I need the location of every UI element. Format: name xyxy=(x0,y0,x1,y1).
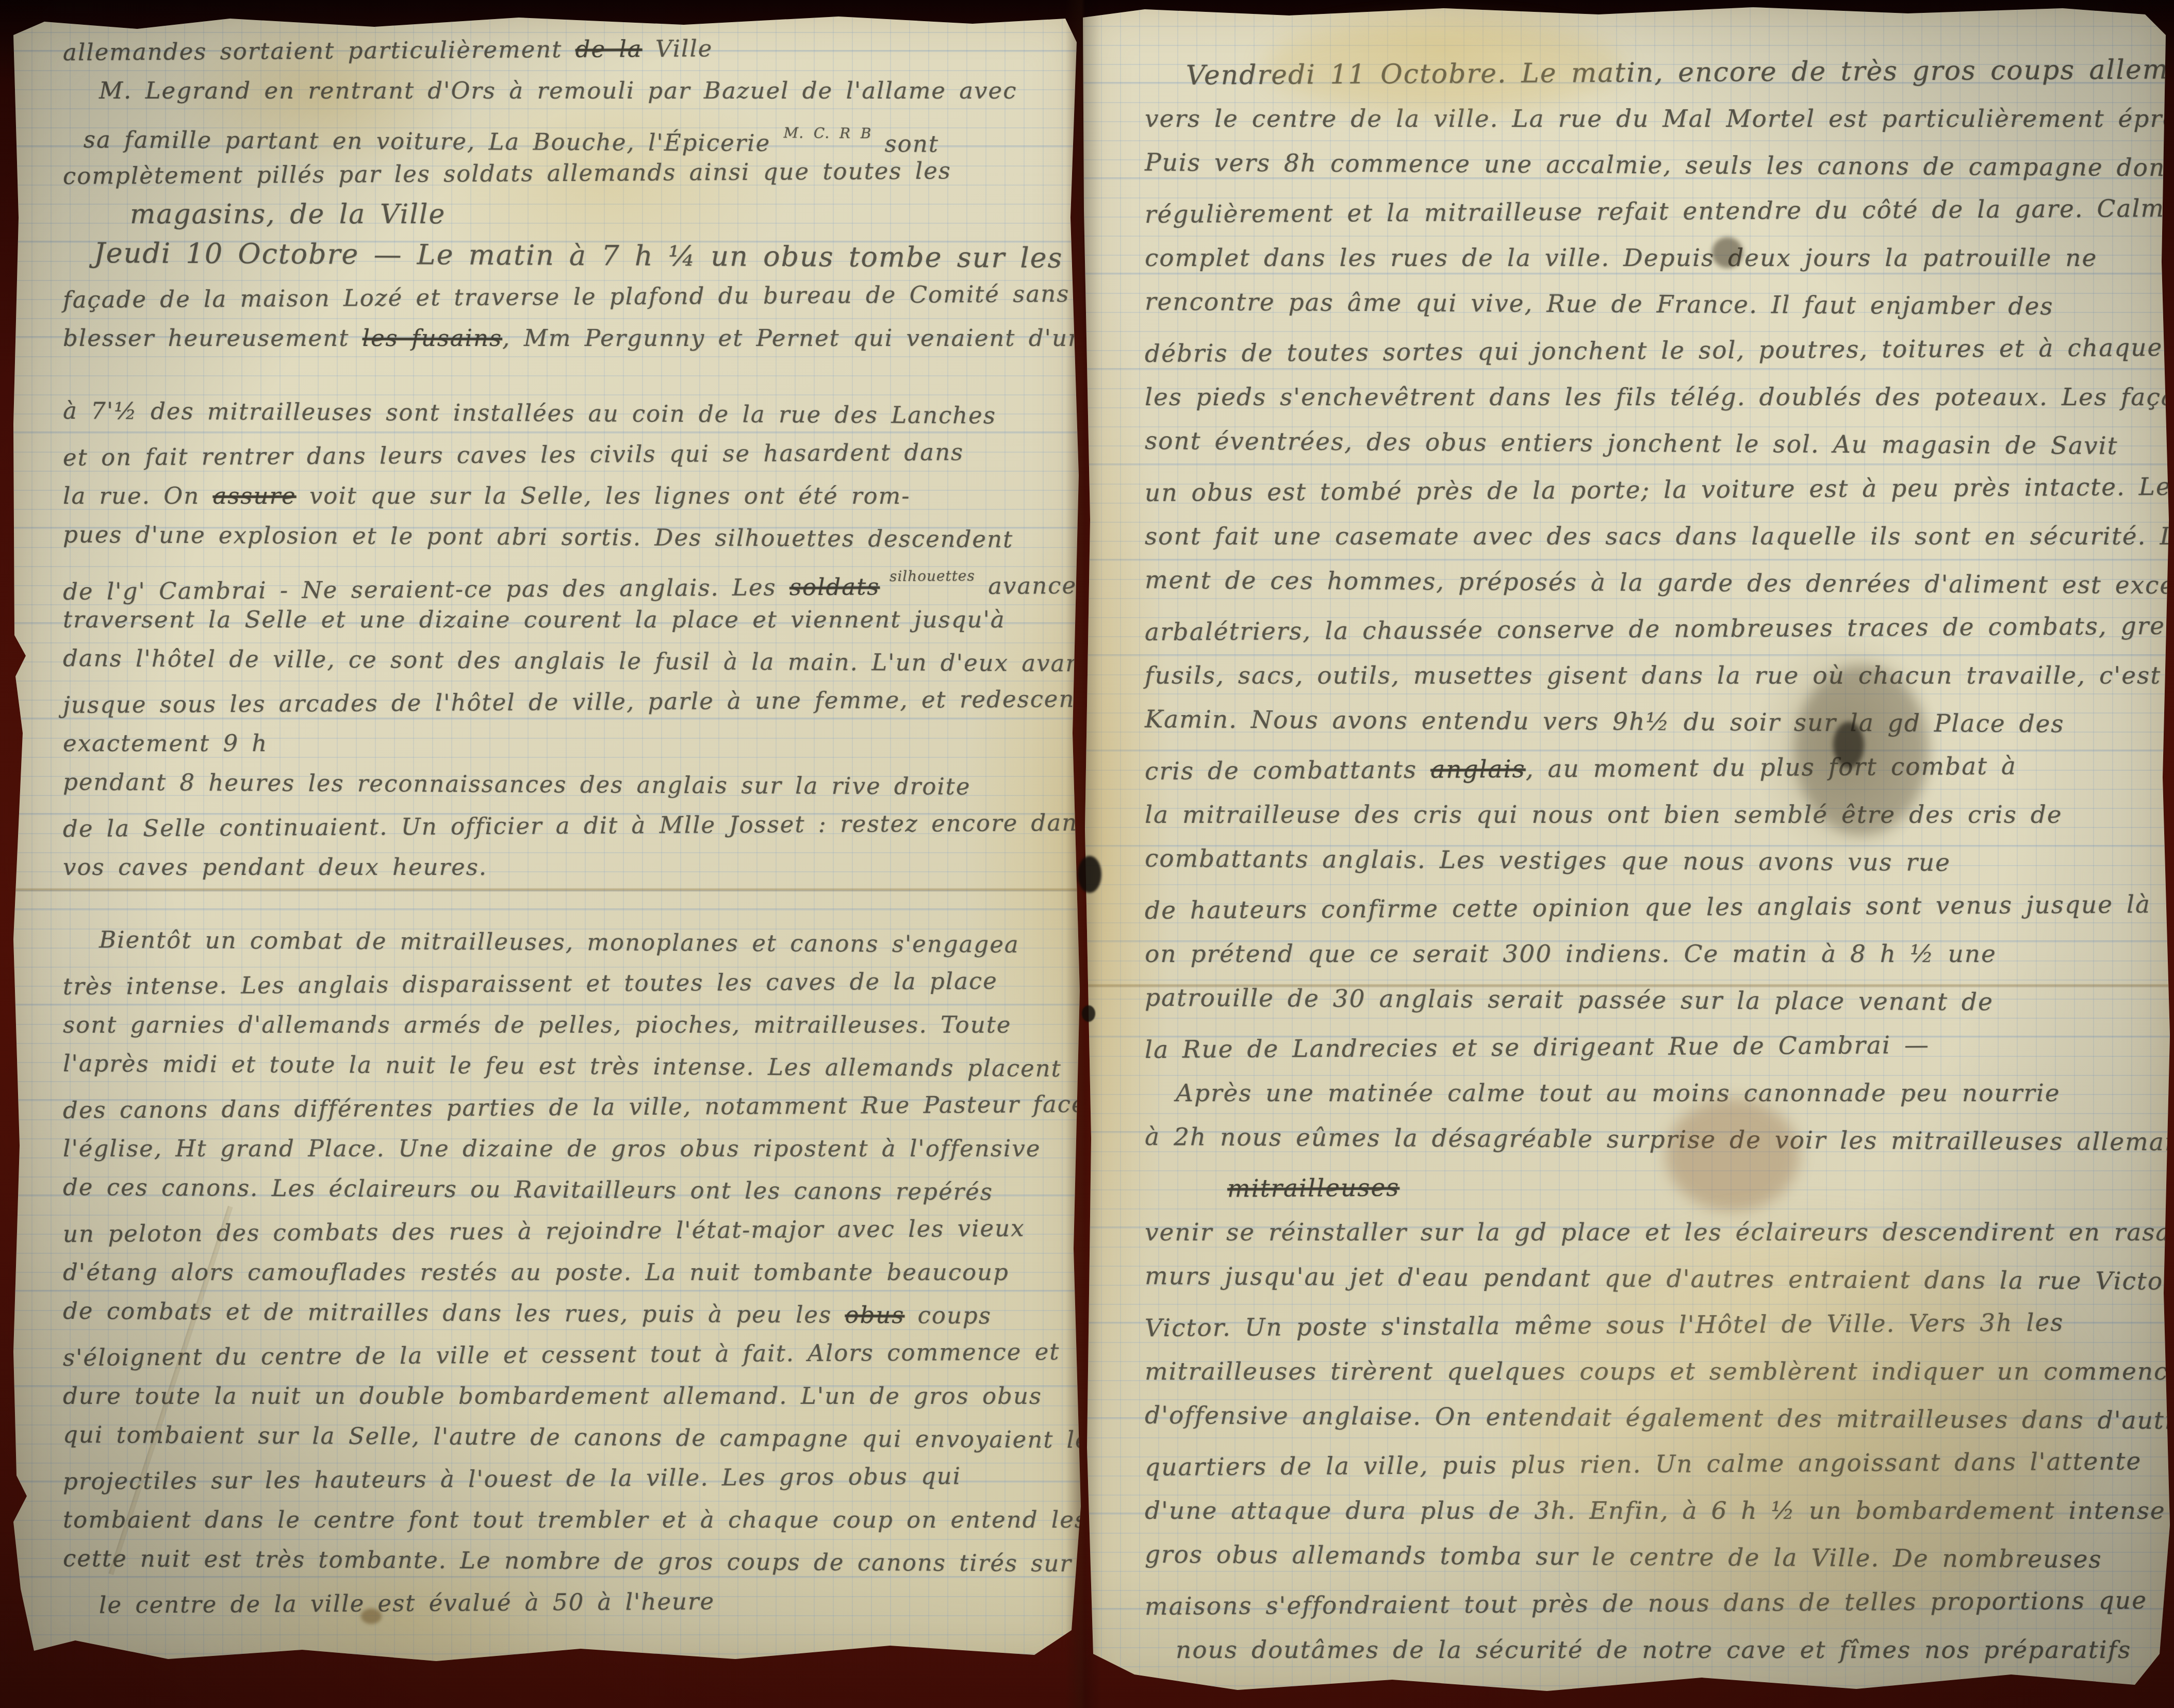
text-run: la rue. On xyxy=(63,482,212,509)
handwritten-line: traversent la Selle et une dizaine coure… xyxy=(63,599,1065,640)
handwritten-line: patrouille de 30 anglais serait passée s… xyxy=(1145,975,2154,1026)
text-run: patrouille de 30 anglais serait passée s… xyxy=(1145,984,1994,1017)
handwritten-line: allemandes sortaient particulièrement de… xyxy=(63,26,1065,73)
text-run: traversent la Selle et une dizaine coure… xyxy=(63,606,1006,633)
handwritten-line: les pieds s'enchevêtrent dans les fils t… xyxy=(1145,374,2154,421)
handwritten-line: venir se réinstaller sur la gd place et … xyxy=(1145,1209,2154,1256)
handwritten-line: l'après midi et toute la nuit le feu est… xyxy=(63,1043,1065,1089)
text-run: voit que sur la Selle, les lignes ont ét… xyxy=(297,482,911,509)
handwritten-line: l'église, Ht grand Place. Une dizaine de… xyxy=(63,1128,1065,1169)
text-run: les pieds s'enchevêtrent dans les fils t… xyxy=(1145,383,2170,411)
text-run: blesser heureusement xyxy=(63,324,363,352)
text-run: rencontre pas âme qui vive, Rue de Franc… xyxy=(1145,288,2054,321)
handwritten-line: un peloton des combats des rues à rejoin… xyxy=(63,1207,1065,1255)
handwritten-line: magasins, de la Ville xyxy=(130,194,1065,235)
handwritten-line: la mitrailleuse des cris qui nous ont bi… xyxy=(1145,792,2154,838)
handwritten-line: jusque sous les arcades de l'hôtel de vi… xyxy=(63,678,1065,726)
handwritten-line: Jeudi 10 Octobre — Le matin à 7 h ¼ un o… xyxy=(94,233,1065,279)
handwritten-line: Puis vers 8h commence une accalmie, seul… xyxy=(1145,140,2154,191)
text-run: coups xyxy=(904,1301,992,1329)
right-page: Vendredi 11 Octobre. Le matin, encore de… xyxy=(1083,4,2170,1704)
text-run: de ces canons. Les éclaireurs ou Ravitai… xyxy=(63,1173,993,1205)
text-run: vos caves pendant deux heures. xyxy=(63,853,487,881)
text-run: arbalétriers, la chaussée conserve de no… xyxy=(1145,611,2170,646)
text-run: débris de toutes sortes qui jonchent le … xyxy=(1145,333,2170,368)
handwritten-line: sont garnies d'allemands armés de pelles… xyxy=(63,1004,1065,1046)
text-run: qui tombaient sur la Selle, l'autre de c… xyxy=(63,1421,1081,1454)
handwritten-line: cette nuit est très tombante. Le nombre … xyxy=(63,1538,1065,1584)
text-run: , Mm Pergunny et Pernet qui venaient d'u… xyxy=(502,324,1081,352)
handwritten-line: exactement 9 h xyxy=(63,723,1065,764)
handwritten-line: cris de combattants anglais, au moment d… xyxy=(1145,742,2155,795)
text-run: ment de ces hommes, préposés à la garde … xyxy=(1145,566,2170,601)
handwritten-line: tombaient dans le centre font tout tremb… xyxy=(63,1499,1065,1540)
text-run: avancent xyxy=(975,572,1081,600)
text-run: un peloton des combats des rues à rejoin… xyxy=(63,1215,1025,1248)
text-run: un obus est tombé près de la porte; la v… xyxy=(1145,472,2170,507)
handwritten-line: dans l'hôtel de ville, ce sont des angla… xyxy=(63,638,1065,684)
text-run: les fusains xyxy=(363,324,502,352)
handwritten-line: très intense. Les anglais disparaissent … xyxy=(63,960,1065,1007)
text-run: allemandes sortaient particulièrement xyxy=(63,36,575,66)
text-run: silhouettes xyxy=(880,567,975,585)
text-run: obus xyxy=(845,1301,904,1329)
handwritten-line: et on fait rentrer dans leurs caves les … xyxy=(63,431,1065,478)
handwritten-line: des canons dans différentes parties de l… xyxy=(63,1084,1065,1131)
handwritten-line: nous doutâmes de la sécurité de notre ca… xyxy=(1176,1627,2154,1673)
handwritten-line: de l'g' Cambrai - Ne seraient-ce pas des… xyxy=(63,555,1065,602)
text-run: l'après midi et toute la nuit le feu est… xyxy=(63,1050,1062,1082)
handwritten-line: Kamin. Nous avons entendu vers 9h½ du so… xyxy=(1145,697,2154,748)
diary-scan: allemandes sortaient particulièrement de… xyxy=(0,0,2174,1708)
handwritten-line: pendant 8 heures les reconnaissances des… xyxy=(63,761,1065,808)
handwritten-line: pues d'une explosion et le pont abri sor… xyxy=(63,514,1065,560)
left-page-handwriting: allemandes sortaient particulièrement de… xyxy=(63,29,1065,1667)
text-run: sont fait une casemate avec des sacs dan… xyxy=(1145,522,2170,551)
handwritten-line: projectiles sur les hauteurs à l'ouest d… xyxy=(63,1455,1065,1502)
text-run: de hauteurs confirme cette opinion que l… xyxy=(1145,890,2151,925)
text-run: mitrailleuses tirèrent quelques coups et… xyxy=(1145,1357,2170,1386)
handwritten-line: Vendredi 11 Octobre. Le matin, encore de… xyxy=(1186,46,2155,98)
text-run: dure toute la nuit un double bombardemen… xyxy=(63,1382,1042,1409)
text-run: des canons dans différentes parties de l… xyxy=(63,1090,1081,1124)
text-run: exactement 9 h xyxy=(63,729,268,757)
text-run: de l'g' Cambrai - Ne seraient-ce pas des… xyxy=(63,573,789,605)
text-run: pendant 8 heures les reconnaissances des… xyxy=(63,768,971,800)
handwritten-line: rencontre pas âme qui vive, Rue de Franc… xyxy=(1145,279,2154,330)
text-run: de combats et de mitrailles dans les rue… xyxy=(63,1297,845,1329)
text-run: complètement pillés par les soldats alle… xyxy=(63,157,951,190)
handwritten-line: complet dans les rues de la ville. Depui… xyxy=(1145,235,2154,281)
text-run: maisons s'effondraient tout près de nous… xyxy=(1145,1586,2147,1621)
handwritten-line: de combats et de mitrailles dans les rue… xyxy=(63,1290,1065,1337)
handwritten-line: arbalétriers, la chaussée conserve de no… xyxy=(1145,603,2155,656)
handwritten-line: murs jusqu'au jet d'eau pendant que d'au… xyxy=(1145,1253,2154,1305)
text-run: de la Selle continuaient. Un officier a … xyxy=(63,809,1081,842)
handwritten-line: de ces canons. Les éclaireurs ou Ravitai… xyxy=(63,1167,1065,1213)
handwritten-line: Victor. Un poste s'installa même sous l'… xyxy=(1145,1299,2155,1352)
handwritten-line: gros obus allemands tomba sur le centre … xyxy=(1145,1532,2154,1583)
text-run: façade de la maison Lozé et traverse le … xyxy=(63,280,1070,313)
text-run: dans l'hôtel de ville, ce sont des angla… xyxy=(63,644,1081,677)
handwritten-line: combattants anglais. Les vestiges que no… xyxy=(1145,836,2154,887)
text-run: vers le centre de la ville. La rue du Ma… xyxy=(1145,105,2170,133)
handwritten-line: de la Selle continuaient. Un officier a … xyxy=(63,802,1065,850)
handwritten-line: d'une attaque dura plus de 3h. Enfin, à … xyxy=(1145,1488,2154,1534)
text-run: projectiles sur les hauteurs à l'ouest d… xyxy=(63,1462,961,1495)
handwritten-line: complètement pillés par les soldats alle… xyxy=(63,150,1065,197)
text-run: l'église, Ht grand Place. Une dizaine de… xyxy=(63,1135,1041,1162)
text-run: M. C. R B xyxy=(784,124,872,142)
handwritten-line: d'étang alors camouflades restés au post… xyxy=(63,1252,1065,1293)
text-run: sont éventrées, des obus entiers jonchen… xyxy=(1145,427,2118,460)
handwritten-line: la Rue de Landrecies et se dirigeant Rue… xyxy=(1145,1021,2155,1073)
handwritten-line: qui tombaient sur la Selle, l'autre de c… xyxy=(63,1414,1065,1461)
handwritten-line: à 2h nous eûmes la désagréable surprise … xyxy=(1145,1114,2154,1166)
text-run: jusque sous les arcades de l'hôtel de vi… xyxy=(63,685,1081,719)
handwritten-line: maisons s'effondraient tout près de nous… xyxy=(1145,1578,2155,1630)
text-run: anglais xyxy=(1430,755,1526,784)
text-run: combattants anglais. Les vestiges que no… xyxy=(1145,844,1951,877)
right-page-handwriting: Vendredi 11 Octobre. Le matin, encore de… xyxy=(1145,49,2154,1699)
text-run: M. Legrand en rentrant d'Ors à remouli p… xyxy=(99,77,1017,104)
handwritten-line: fusils, sacs, outils, musettes gisent da… xyxy=(1145,653,2154,699)
handwritten-line: débris de toutes sortes qui jonchent le … xyxy=(1145,325,2155,377)
text-run: Jeudi 10 Octobre — Le matin à 7 h ¼ un o… xyxy=(94,237,1063,274)
text-run: le centre de la ville est évalué à 50 à … xyxy=(99,1587,715,1618)
text-run: pues d'une explosion et le pont abri sor… xyxy=(63,521,1013,553)
handwritten-line: on prétend que ce serait 300 indiens. Ce… xyxy=(1145,931,2154,977)
handwritten-line: mitrailleuses xyxy=(1227,1160,2155,1213)
text-run: gros obus allemands tomba sur le centre … xyxy=(1145,1540,2102,1574)
text-run: cette nuit est très tombante. Le nombre … xyxy=(63,1545,1072,1577)
text-run: Victor. Un poste s'installa même sous l'… xyxy=(1145,1308,2064,1342)
text-run: Après une matinée calme tout au moins ca… xyxy=(1176,1079,2060,1107)
text-run: complet dans les rues de la ville. Depui… xyxy=(1145,244,2097,272)
handwritten-line: sa famille partant en voiture, La Bouche… xyxy=(84,109,1065,155)
handwritten-line: façade de la maison Lozé et traverse le … xyxy=(63,273,1065,321)
text-run: quartiers de la ville, puis plus rien. U… xyxy=(1145,1447,2142,1482)
handwritten-line: de hauteurs confirme cette opinion que l… xyxy=(1145,882,2155,934)
text-run: à 2h nous eûmes la désagréable surprise … xyxy=(1145,1123,2170,1157)
handwritten-line: blesser heureusement les fusains, Mm Per… xyxy=(63,318,1065,359)
handwritten-line: M. Legrand en rentrant d'Ors à remouli p… xyxy=(99,70,1065,111)
handwritten-line: régulièrement et la mitrailleuse refait … xyxy=(1145,186,2155,238)
text-run: à 7'½ des mitrailleuses sont installées … xyxy=(63,397,996,429)
text-run: tombaient dans le centre font tout tremb… xyxy=(63,1506,1081,1533)
text-run: on prétend que ce serait 300 indiens. Ce… xyxy=(1145,940,1997,968)
text-run: Bientôt un combat de mitrailleuses, mono… xyxy=(99,926,1019,958)
handwritten-line: mitrailleuses tirèrent quelques coups et… xyxy=(1145,1349,2154,1395)
text-run: Ville xyxy=(642,35,713,62)
handwritten-line: la rue. On assure voit que sur la Selle,… xyxy=(63,475,1065,517)
text-run: soldats xyxy=(789,573,880,601)
text-run: mitrailleuses xyxy=(1227,1173,1400,1203)
text-run: sont garnies d'allemands armés de pelles… xyxy=(63,1011,1011,1038)
handwritten-line: ment de ces hommes, préposés à la garde … xyxy=(1145,557,2154,609)
text-run: Puis vers 8h commence une accalmie, seul… xyxy=(1145,148,2170,183)
handwritten-line: le centre de la ville est évalué à 50 à … xyxy=(99,1579,1065,1626)
text-run: Kamin. Nous avons entendu vers 9h½ du so… xyxy=(1145,705,2065,738)
handwritten-line: Bientôt un combat de mitrailleuses, mono… xyxy=(99,919,1065,966)
text-run: assure xyxy=(212,482,296,509)
handwritten-line: vers le centre de la ville. La rue du Ma… xyxy=(1145,96,2154,142)
handwritten-line: d'offensive anglaise. On entendait égale… xyxy=(1145,1392,2154,1444)
text-run: Vendredi 11 Octobre. Le matin, encore de… xyxy=(1186,54,2170,91)
handwritten-line: à 7'½ des mitrailleuses sont installées … xyxy=(63,390,1065,437)
handwritten-line: quartiers de la ville, puis plus rien. U… xyxy=(1145,1438,2155,1491)
handwritten-line: Après une matinée calme tout au moins ca… xyxy=(1176,1070,2154,1117)
text-run: régulièrement et la mitrailleuse refait … xyxy=(1145,194,2170,229)
text-run: s'éloignent du centre de la ville et ces… xyxy=(63,1338,1060,1371)
text-run: , au moment du plus fort combat à xyxy=(1525,752,2017,784)
left-page: allemandes sortaient particulièrement de… xyxy=(13,11,1081,1672)
text-run: murs jusqu'au jet d'eau pendant que d'au… xyxy=(1145,1262,2170,1296)
handwritten-line: sont éventrées, des obus entiers jonchen… xyxy=(1145,418,2154,470)
handwritten-line: vos caves pendant deux heures. xyxy=(63,847,1065,888)
text-run: d'une attaque dura plus de 3h. Enfin, à … xyxy=(1145,1497,2170,1525)
handwritten-line: sont fait une casemate avec des sacs dan… xyxy=(1145,513,2154,560)
handwritten-line: dure toute la nuit un double bombardemen… xyxy=(63,1375,1065,1417)
text-run: la mitrailleuse des cris qui nous ont bi… xyxy=(1145,801,2063,829)
text-run: très intense. Les anglais disparaissent … xyxy=(63,967,998,1000)
handwritten-line: un obus est tombé près de la porte; la v… xyxy=(1145,464,2155,517)
text-run: d'étang alors camouflades restés au post… xyxy=(63,1258,1009,1286)
text-run: venir se réinstaller sur la gd place et … xyxy=(1145,1218,2170,1247)
handwritten-line: s'éloignent du centre de la ville et ces… xyxy=(63,1331,1065,1379)
text-run: cris de combattants xyxy=(1145,756,1430,786)
text-run: nous doutâmes de la sécurité de notre ca… xyxy=(1176,1636,2131,1664)
text-run: et on fait rentrer dans leurs caves les … xyxy=(63,438,964,471)
text-run: magasins, de la Ville xyxy=(130,199,446,230)
text-run: la Rue de Landrecies et se dirigeant Rue… xyxy=(1145,1031,1930,1064)
text-run: fusils, sacs, outils, musettes gisent da… xyxy=(1145,661,2170,690)
text-run: de la xyxy=(575,35,642,63)
text-run: d'offensive anglaise. On entendait égale… xyxy=(1145,1401,2170,1435)
